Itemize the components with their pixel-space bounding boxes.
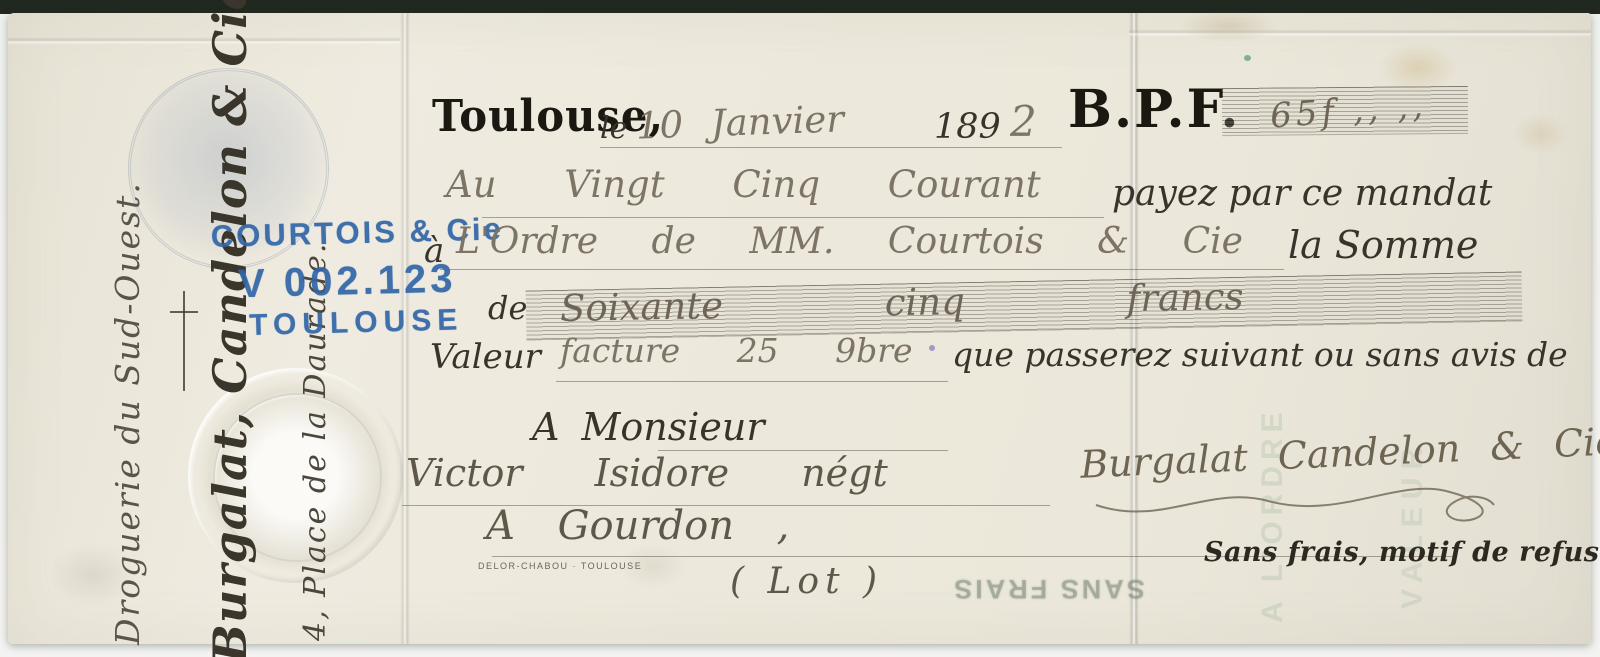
year-printed: 189	[934, 107, 1001, 147]
photo-of-document: Droguerie du Sud-Ouest. Burgalat, Candel…	[0, 0, 1600, 657]
stain	[1513, 113, 1568, 155]
term-rule	[482, 217, 1104, 218]
valeur-detail-handwritten: facture 25 9bre	[560, 331, 913, 370]
bleedthrough-vertical-right: VALEUR	[1396, 440, 1430, 609]
paper-sheet: Droguerie du Sud-Ouest. Burgalat, Candel…	[8, 13, 1591, 644]
a-label: à	[424, 231, 444, 271]
drawee-department-handwritten: ( Lot )	[730, 561, 883, 602]
a-monsieur-label: A Monsieur	[532, 405, 765, 449]
ink-dot-violet	[929, 345, 935, 351]
bleedthrough-vertical-left: A L'ORDRE	[1256, 406, 1290, 623]
date-rule	[600, 147, 1062, 148]
city-title: Toulouse,	[432, 91, 664, 142]
avis-label: que passerez suivant ou sans avis de	[952, 335, 1568, 374]
year-digit-handwritten: 2	[1010, 97, 1037, 146]
drawee-place-handwritten: A Gourdon ,	[486, 503, 789, 549]
stamp-number-line: V 002.123	[238, 255, 513, 307]
order-rule	[440, 269, 1284, 270]
order-handwritten: L'Ordre de MM. Courtois & Cie	[456, 221, 1243, 262]
signature-flourish	[1090, 471, 1500, 531]
stain	[1178, 9, 1278, 43]
valeur-rule	[556, 381, 948, 382]
date-handwritten: 10 Janvier	[635, 97, 844, 147]
le-label: le	[600, 111, 627, 146]
bpf-label: B.P.F.	[1068, 79, 1240, 140]
term-handwritten: Au Vingt Cinq Courant	[446, 163, 1041, 206]
ink-dot-green	[1244, 55, 1251, 61]
drawee-name-handwritten: Victor Isidore négt	[406, 451, 888, 495]
somme-label: la Somme	[1288, 223, 1478, 267]
printer-mark: DELOR-CHABOU · TOULOUSE	[478, 561, 642, 571]
bleedthrough-mirrored-text: SANS FRAIS	[938, 573, 1158, 604]
valeur-label: Valeur	[430, 337, 541, 377]
payez-label: payez par ce mandat	[1112, 173, 1492, 214]
de-label: de	[488, 289, 527, 327]
letterhead-trade-line: Droguerie du Sud-Ouest.	[108, 181, 147, 645]
